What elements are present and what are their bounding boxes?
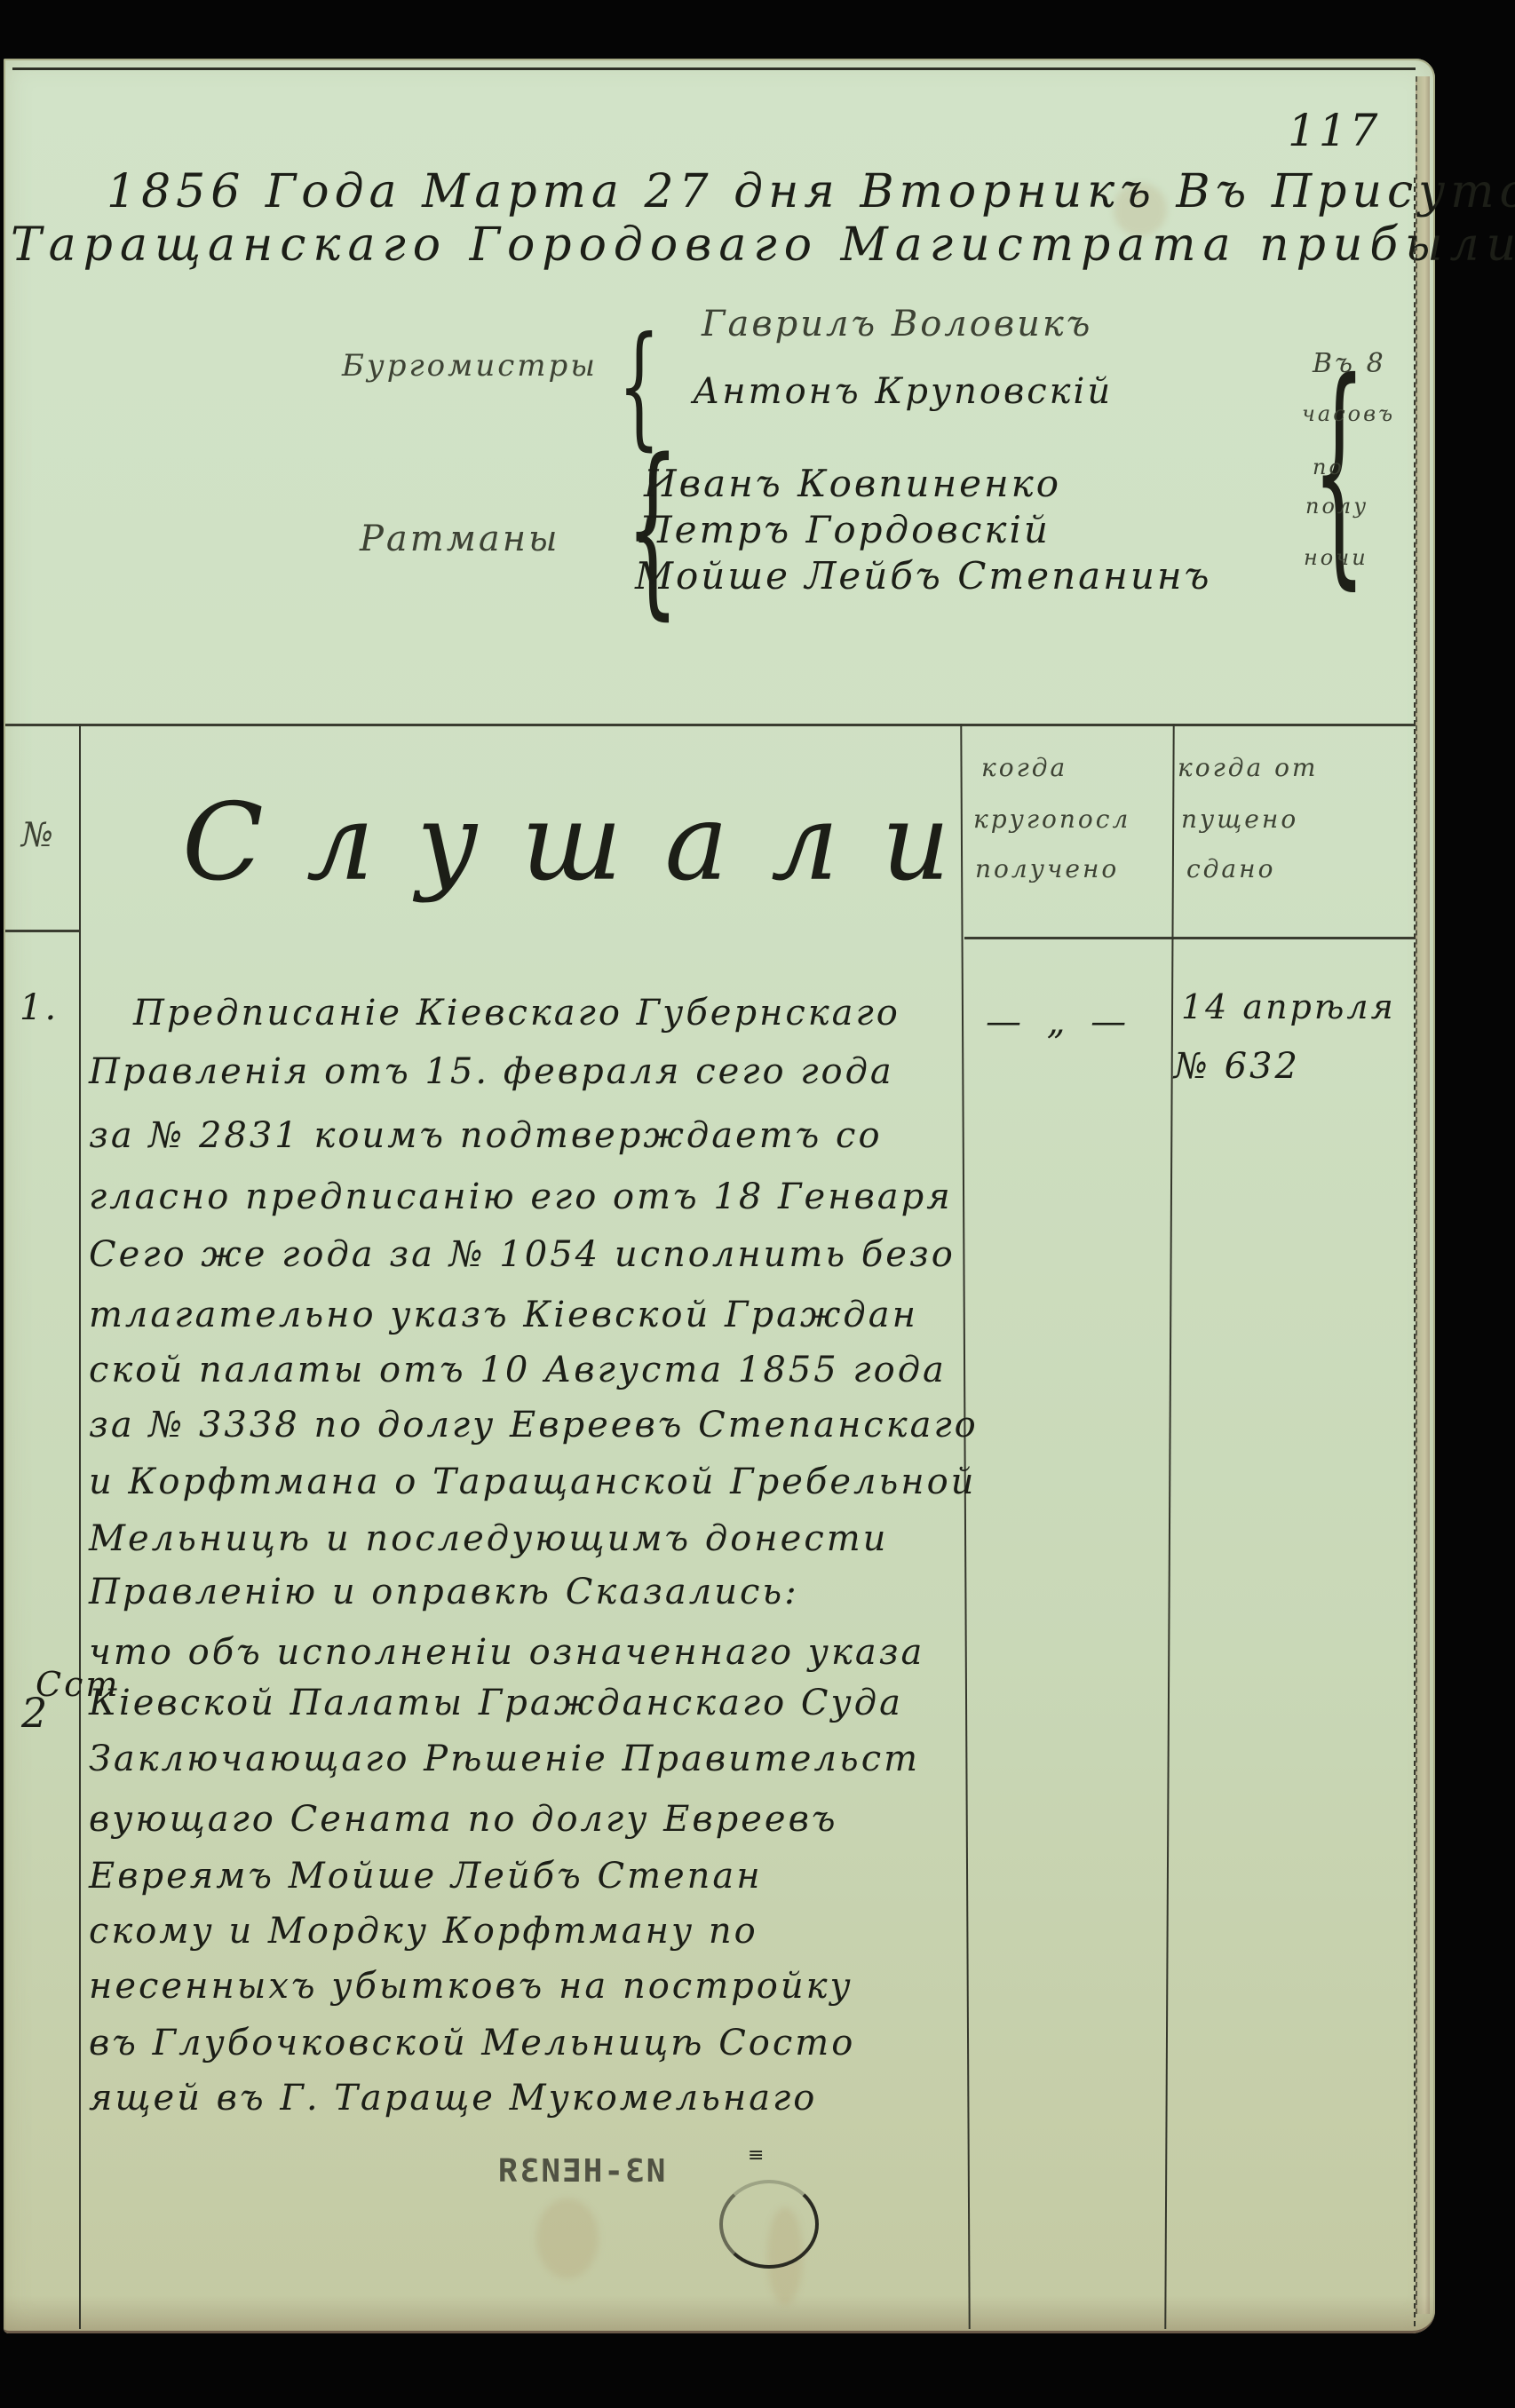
burgomaster-name-1: Гаврилъ Воловикъ: [702, 304, 1092, 345]
entry-line: тлагательно указъ Кіевской Граждан: [89, 1295, 918, 1335]
number-column-header-rule: [5, 930, 80, 932]
header-received-line-2: кругопосл: [973, 804, 1130, 834]
time-note-line-5: ночи: [1304, 545, 1368, 570]
header-received-line-1: когда: [981, 753, 1067, 782]
answered-date: 14 апрѣля: [1181, 987, 1396, 1026]
entry-line: Кіевской Палаты Гражданскаго Суда: [89, 1683, 903, 1723]
burgomasters-label: Бургомистры: [342, 348, 598, 384]
entry-line: ской палаты отъ 10 Августа 1855 года: [89, 1350, 947, 1390]
entry-line: за № 2831 коимъ подтверждаетъ со: [89, 1115, 883, 1156]
entry-line: Евреямъ Мойше Лейбъ Степан: [89, 1856, 763, 1897]
seal-oval-icon: [719, 2180, 819, 2269]
time-note-line-4: полу: [1305, 494, 1368, 519]
header-answered-line-2: пущено: [1181, 804, 1298, 834]
table-top-rule: [5, 724, 1416, 726]
entry-line: несенныхъ убытковъ на постройку: [89, 1966, 853, 2007]
entry-line: гласно предписанію его отъ 18 Генваря: [89, 1176, 953, 1217]
entry-line: Предписаніе Кіевскаго Губернскаго: [133, 993, 900, 1034]
header-answered-line-1: когда от: [1178, 753, 1318, 782]
right-margin-rule: [1414, 178, 1416, 2326]
header-heard: Слушали: [182, 781, 993, 905]
entry-line: за № 3338 по долгу Евреевъ Степанскаго: [89, 1405, 979, 1446]
header-line-1: 1856 Года Марта 27 дня Вторникъ Въ Прису…: [107, 165, 1515, 218]
entry-line: Сего же года за № 1054 исполнить безо: [89, 1234, 956, 1275]
page-number: 117: [1288, 105, 1380, 156]
ratmans-label: Ратманы: [360, 519, 560, 559]
entry-line: Правленію и оправкѣ Сказались:: [89, 1572, 799, 1612]
page-right-edge: [1416, 76, 1430, 2314]
water-stain: [536, 2198, 599, 2278]
burgomaster-name-2: Антонъ Круповскій: [693, 371, 1113, 412]
ratman-name-3: Мойше Лейбъ Степанинъ: [635, 554, 1212, 598]
bleed-through-stamp: ИЗ-НЕИЗЯ: [497, 2153, 665, 2190]
row-number-2: 2: [21, 1689, 50, 1737]
entry-line: Мельницѣ и последующимъ донести: [89, 1518, 888, 1559]
entry-line: Заключающаго Рѣшеніе Правительст: [89, 1739, 920, 1779]
time-note-line-1: Въ 8: [1313, 348, 1386, 379]
entry-line: что объ исполненіи означеннаго указа: [89, 1632, 924, 1673]
header-received-line-3: получено: [975, 854, 1119, 883]
ratman-name-1: Иванъ Ковпиненко: [644, 462, 1061, 505]
entry-line: скому и Мордку Корфтману по: [89, 1911, 758, 1952]
entry-line: въ Глубочковской Мельницѣ Состо: [89, 2023, 855, 2063]
time-note-line-2: часовъ: [1302, 401, 1395, 426]
header-answered-line-3: сдано: [1186, 854, 1275, 883]
page-top-border: [12, 67, 1416, 70]
row-number-1: 1.: [20, 987, 59, 1028]
entry-line: вующаго Сената по долгу Евреевъ: [89, 1799, 838, 1840]
received-value: — „ —: [986, 1002, 1133, 1042]
time-note-line-3: по: [1313, 455, 1344, 479]
header-line-2: Таращанскаго Городоваго Магистрата прибы…: [11, 218, 1515, 272]
entry-line: Правленія отъ 15. февраля сего года: [89, 1051, 894, 1092]
entry-line: ящей въ Г. Тараще Мукомельнаго: [89, 2078, 817, 2119]
column-divider-1: [79, 724, 81, 2329]
ratman-name-2: Петръ Гордовскій: [639, 508, 1051, 551]
entry-line: и Корфтмана о Таращанской Гребельной: [89, 1461, 976, 1502]
answered-number: № 632: [1174, 1046, 1300, 1087]
page-bottom-edge: [4, 2295, 1435, 2333]
header-number: №: [21, 815, 56, 854]
seal-mark-icon: ≡: [748, 2144, 764, 2166]
dates-header-rule: [964, 937, 1416, 939]
